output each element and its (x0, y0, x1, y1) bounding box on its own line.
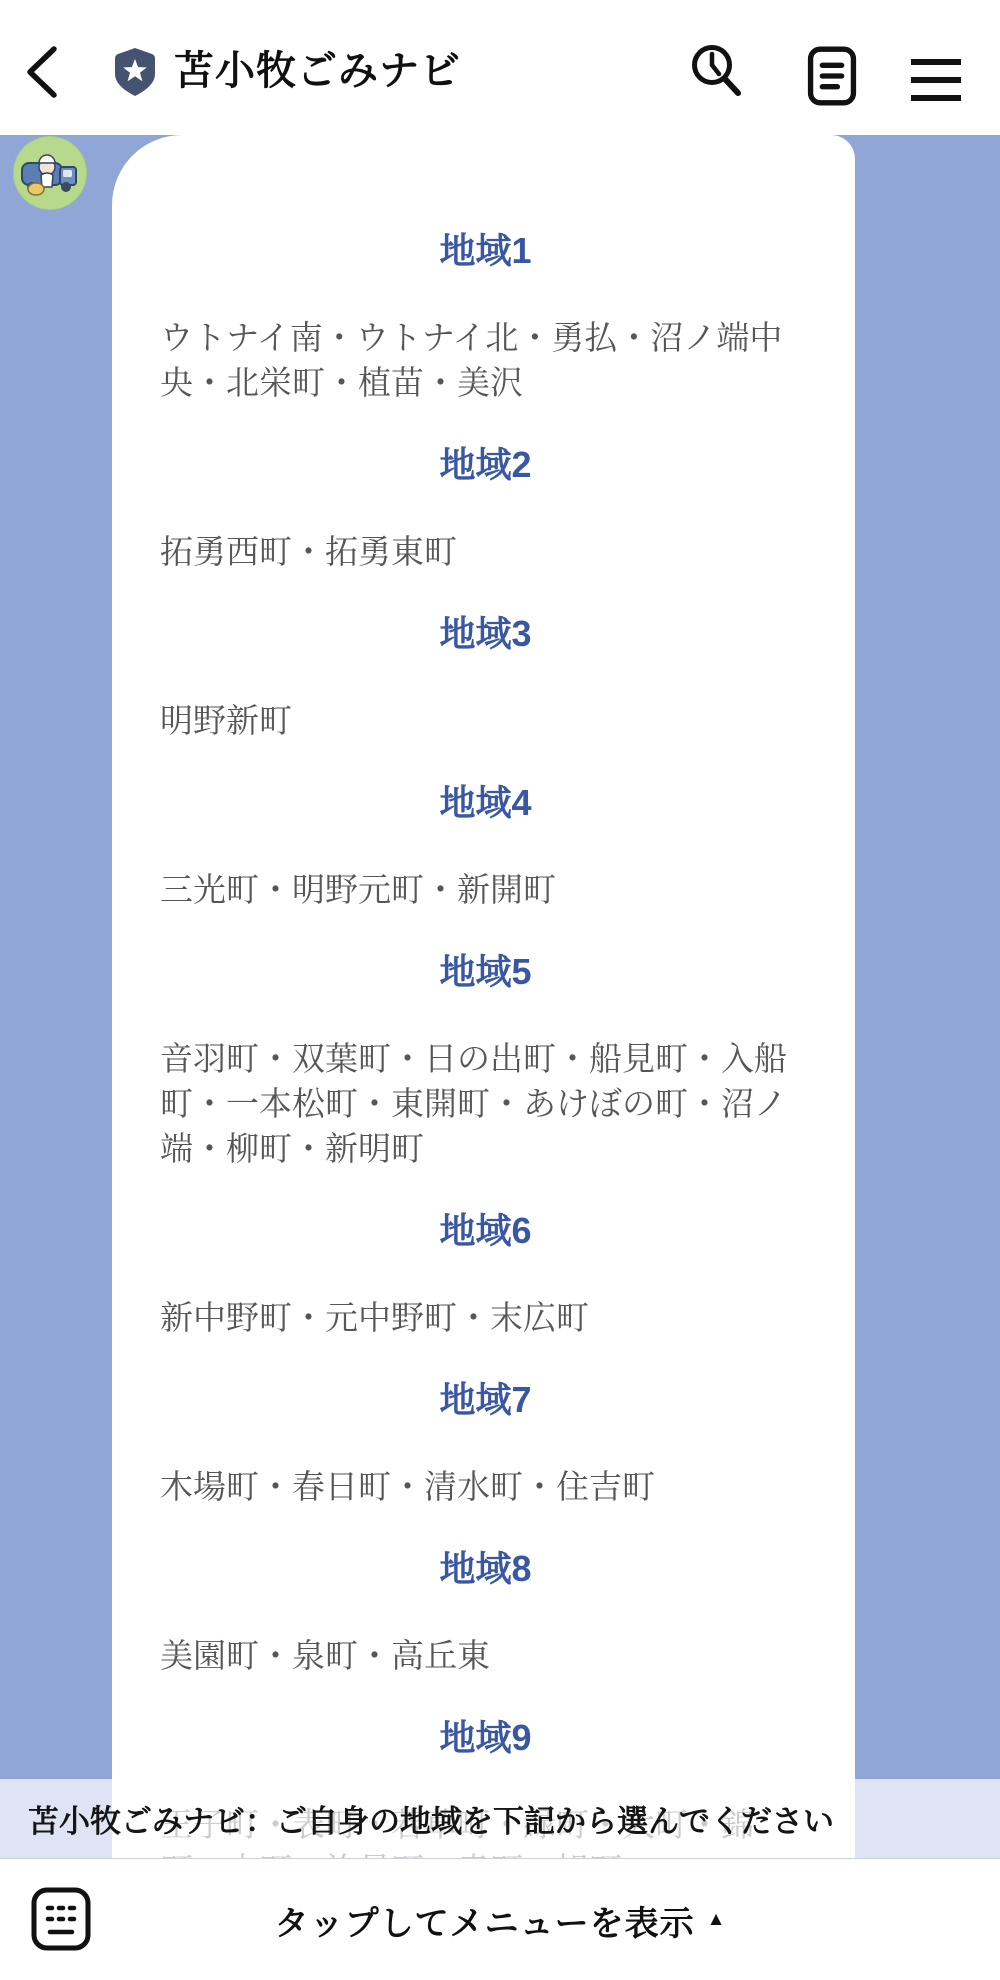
region-line: 拓勇西町・拓勇東町 (160, 529, 811, 574)
region-section: 地域3 明野新町 (160, 614, 811, 743)
region-line: 三光町・明野元町・新開町 (160, 867, 811, 912)
region-title[interactable]: 地域4 (160, 783, 811, 823)
region-section: 地域7 木場町・春日町・清水町・住吉町 (160, 1380, 811, 1509)
region-title[interactable]: 地域9 (160, 1718, 811, 1758)
region-line: 新中野町・元中野町・末広町 (160, 1295, 811, 1340)
region-line: 音羽町・双葉町・日の出町・船見町・入船 (160, 1036, 811, 1081)
new-message-banner[interactable]: 苫小牧ごみナビ：ご自身の地域を下記から選んでください (0, 1779, 1000, 1858)
region-section: 地域8 美園町・泉町・高丘東 (160, 1549, 811, 1678)
region-section: 地域2 拓勇西町・拓勇東町 (160, 445, 811, 574)
region-list: 地域1 ウトナイ南・ウトナイ北・勇払・沼ノ端中央・北栄町・植苗・美沢 地域2 拓… (160, 231, 811, 1858)
region-lines: 音羽町・双葉町・日の出町・船見町・入船町・一本松町・東開町・あけぼの町・沼ノ端・… (160, 1036, 811, 1171)
region-title[interactable]: 地域6 (160, 1211, 811, 1251)
region-lines: 新中野町・元中野町・末広町 (160, 1295, 811, 1340)
region-line: ウトナイ南・ウトナイ北・勇払・沼ノ端中 (160, 315, 811, 360)
region-lines: 美園町・泉町・高丘東 (160, 1633, 811, 1678)
official-badge-icon (112, 47, 158, 97)
bot-avatar[interactable] (13, 136, 87, 210)
region-lines: 拓勇西町・拓勇東町 (160, 529, 811, 574)
back-icon[interactable] (22, 44, 62, 100)
search-icon[interactable] (688, 42, 744, 102)
region-section: 地域1 ウトナイ南・ウトナイ北・勇払・沼ノ端中央・北栄町・植苗・美沢 (160, 231, 811, 405)
region-line: 町・一本松町・東開町・あけぼの町・沼ノ (160, 1081, 811, 1126)
region-line: 木場町・春日町・清水町・住吉町 (160, 1464, 811, 1509)
region-section: 地域5 音羽町・双葉町・日の出町・船見町・入船町・一本松町・東開町・あけぼの町・… (160, 952, 811, 1171)
region-section: 地域6 新中野町・元中野町・末広町 (160, 1211, 811, 1340)
region-title[interactable]: 地域5 (160, 952, 811, 992)
region-lines: 三光町・明野元町・新開町 (160, 867, 811, 912)
region-lines: 木場町・春日町・清水町・住吉町 (160, 1464, 811, 1509)
region-title[interactable]: 地域3 (160, 614, 811, 654)
garbage-truck-mascot-icon (14, 137, 86, 209)
new-message-banner-text: 苫小牧ごみナビ：ご自身の地域を下記から選んでください (28, 1796, 834, 1841)
note-icon[interactable] (804, 46, 860, 106)
region-lines: 明野新町 (160, 698, 811, 743)
region-line: 央・北栄町・植苗・美沢 (160, 360, 811, 405)
region-title[interactable]: 地域1 (160, 231, 811, 271)
menu-up-arrow-icon: ▲ (707, 1909, 726, 1931)
bottom-bar: タップしてメニューを表示 ▲ (0, 1858, 1000, 1980)
region-lines: ウトナイ南・ウトナイ北・勇払・沼ノ端中央・北栄町・植苗・美沢 (160, 315, 811, 405)
region-line: 端・柳町・新明町 (160, 1126, 811, 1171)
chat-area: 地域1 ウトナイ南・ウトナイ北・勇払・沼ノ端中央・北栄町・植苗・美沢 地域2 拓… (0, 135, 1000, 1980)
region-title[interactable]: 地域7 (160, 1380, 811, 1420)
line-chat-screen: 苫小牧ごみナビ (0, 0, 1000, 1980)
region-list-bubble: 地域1 ウトナイ南・ウトナイ北・勇払・沼ノ端中央・北栄町・植苗・美沢 地域2 拓… (112, 135, 855, 1858)
chat-header: 苫小牧ごみナビ (0, 0, 1000, 135)
region-section: 地域4 三光町・明野元町・新開町 (160, 783, 811, 912)
chat-title: 苫小牧ごみナビ (174, 0, 461, 135)
region-title[interactable]: 地域8 (160, 1549, 811, 1589)
region-title[interactable]: 地域2 (160, 445, 811, 485)
show-menu-label: タップしてメニューを表示 (275, 1896, 695, 1945)
region-line: 美園町・泉町・高丘東 (160, 1633, 811, 1678)
hamburger-menu-icon[interactable] (908, 50, 964, 110)
region-line: 明野新町 (160, 698, 811, 743)
show-menu-button[interactable]: タップしてメニューを表示 ▲ (0, 1859, 1000, 1980)
